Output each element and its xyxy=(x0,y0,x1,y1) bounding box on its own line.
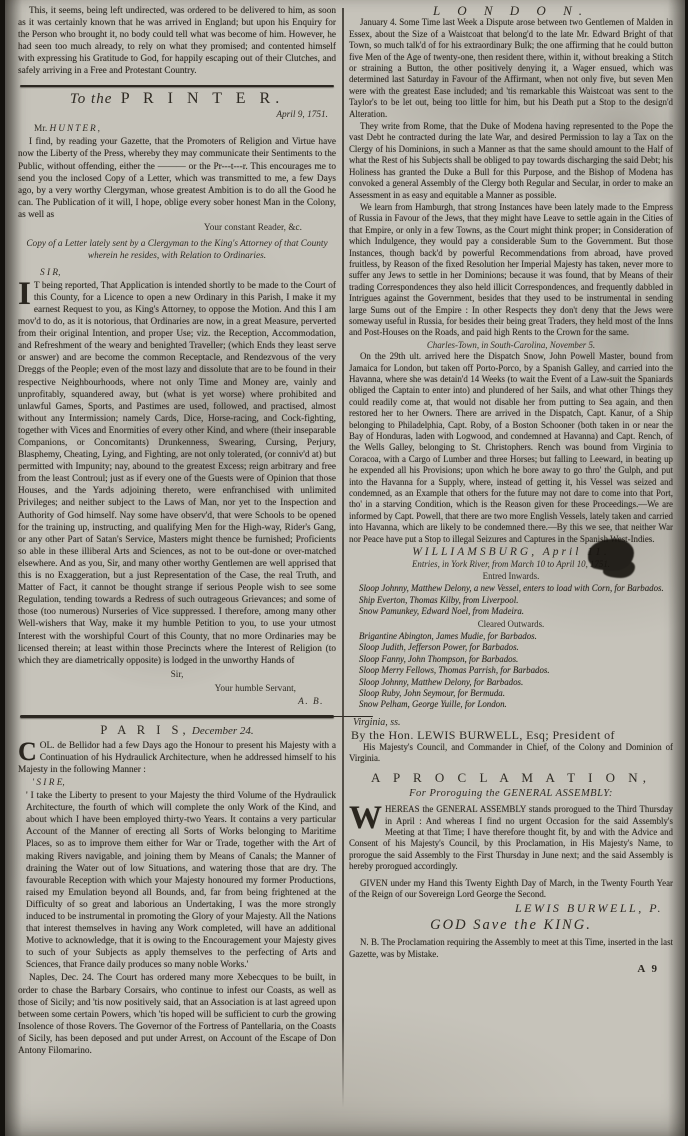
charlestown-dateline: Charles-Town, in South-Carolina, Novembe… xyxy=(349,340,673,351)
page-columns: This, it seems, being left undirected, w… xyxy=(5,0,685,1136)
salutation-name: HUNTER, xyxy=(50,124,102,134)
ship-entry: Snow Pelham, George Yuille, for London. xyxy=(349,699,673,710)
inward-entries: Sloop Johnny, Matthew Delony, a new Vess… xyxy=(349,583,673,617)
ship-entry: Snow Pamunkey, Edward Noel, from Madeira… xyxy=(349,606,673,617)
paris-paragraph-text: OL. de Bellidor had a few Days ago the H… xyxy=(18,741,336,775)
burwell-byline-2: His Majesty's Council, and Commander in … xyxy=(349,742,673,765)
heading-caps-part: P R I N T E R. xyxy=(121,90,285,107)
burwell-byline-1: By the Hon. LEWIS BURWELL, Esq; Presiden… xyxy=(351,730,673,741)
ship-entry: Sloop Ruby, John Seymour, for Bermuda. xyxy=(349,688,673,699)
copy-of-letter-note: Copy of a Letter lately sent by a Clergy… xyxy=(22,239,332,263)
ship-entry: Sloop Merry Fellows, Thomas Parrish, for… xyxy=(349,665,673,676)
left-column: This, it seems, being left undirected, w… xyxy=(18,0,336,1136)
paris-caps: P A R I S, xyxy=(100,723,189,737)
heading-italic-part: To the xyxy=(70,91,113,107)
letter-signoff: Your humble Servant, xyxy=(18,683,296,695)
continued-paragraph: This, it seems, being left undirected, w… xyxy=(18,5,336,78)
hunter-salutation: Mr. HUNTER, xyxy=(34,123,336,135)
drop-cap-c: C xyxy=(18,740,40,763)
london-par-3: We learn from Hamburgh, that strong Inst… xyxy=(349,202,673,339)
letter-date: April 9, 1751. xyxy=(18,109,328,121)
to-the-printer-heading: To the P R I N T E R. xyxy=(18,93,336,107)
ship-entry: Sloop Johnny, Matthew Delony, a new Vess… xyxy=(349,583,673,594)
london-par-2: They write from Rome, that the Duke of M… xyxy=(349,121,673,201)
signature-mark: A 9 xyxy=(349,964,659,975)
right-column: L O N D O N. January 4. Some Time last W… xyxy=(349,0,673,1136)
london-heading: L O N D O N. xyxy=(349,5,673,16)
god-save-the-king: GOD Save the KING. xyxy=(349,920,673,931)
nota-bene: N. B. The Proclamation requiring the Ass… xyxy=(349,937,673,960)
newspaper-page: This, it seems, being left undirected, w… xyxy=(5,0,685,1136)
drop-cap-i: I xyxy=(18,280,34,307)
ship-entry: Brigantine Abington, James Mudie, for Ba… xyxy=(349,631,673,642)
bellidor-speech: ' I take the Liberty to present to your … xyxy=(18,790,336,971)
whereas-body-text: HEREAS the GENERAL ASSEMBLY stands proro… xyxy=(349,804,673,871)
sire-salutation: ' S I R E, xyxy=(32,777,336,789)
salutation-prefix: Mr. xyxy=(34,124,47,134)
burwell-signature: LEWIS BURWELL, P. xyxy=(349,903,663,914)
virginia-ss: Virginia, ss. xyxy=(353,717,673,728)
drop-cap-w: W xyxy=(349,804,385,831)
entred-inwards-heading: Entred Inwards. xyxy=(349,571,673,582)
cleared-outwards-heading: Cleared Outwards. xyxy=(349,619,673,630)
whereas-paragraph: W HEREAS the GENERAL ASSEMBLY stands pro… xyxy=(349,804,673,872)
letter-body-text: T being reported, That Application is in… xyxy=(18,281,336,666)
ship-entry: Sloop Judith, Jefferson Power, for Barba… xyxy=(349,642,673,653)
ship-entry: Ship Everton, Thomas Kilby, from Liverpo… xyxy=(349,595,673,606)
london-par-1: January 4. Some Time last Week a Dispute… xyxy=(349,17,673,120)
williamsburg-heading: WILLIAMSBURG, April 11. xyxy=(349,547,673,558)
paris-paragraph: C OL. de Bellidor had a few Days ago the… xyxy=(18,740,336,776)
outward-entries: Brigantine Abington, James Mudie, for Ba… xyxy=(349,631,673,711)
given-paragraph: GIVEN under my Hand this Twenty Eighth D… xyxy=(349,878,673,901)
naples-paragraph: Naples, Dec. 24. The Court has ordered m… xyxy=(18,972,336,1057)
proclamation-subtitle: For Proroguing the GENERAL ASSEMBLY: xyxy=(349,788,673,799)
paris-heading: P A R I S, December 24. xyxy=(18,724,336,738)
sir-salutation: S I R, xyxy=(40,267,336,279)
column-divider-rule xyxy=(342,8,344,1108)
reader-signoff: Your constant Reader, &c. xyxy=(18,222,302,234)
clergyman-letter-body: I T being reported, That Application is … xyxy=(18,280,336,667)
section-divider xyxy=(20,85,334,88)
proclamation-title: A P R O C L A M A T I O N, xyxy=(349,772,673,783)
ship-entry: Sloop Fanny, John Thompson, for Barbados… xyxy=(349,654,673,665)
letter-sir: Sir, xyxy=(18,669,336,681)
letter-signature: A. B. xyxy=(18,696,324,708)
charlestown-paragraph: On the 29th ult. arrived here the Dispat… xyxy=(349,351,673,545)
paris-date: December 24. xyxy=(192,725,254,737)
section-divider-2 xyxy=(20,715,334,718)
entries-line: Entries, in York River, from March 10 to… xyxy=(349,559,673,570)
ship-entry: Sloop Johnny, Matthew Delony, for Barbad… xyxy=(349,677,673,688)
hunter-letter-body: I find, by reading your Gazette, that th… xyxy=(18,136,336,221)
